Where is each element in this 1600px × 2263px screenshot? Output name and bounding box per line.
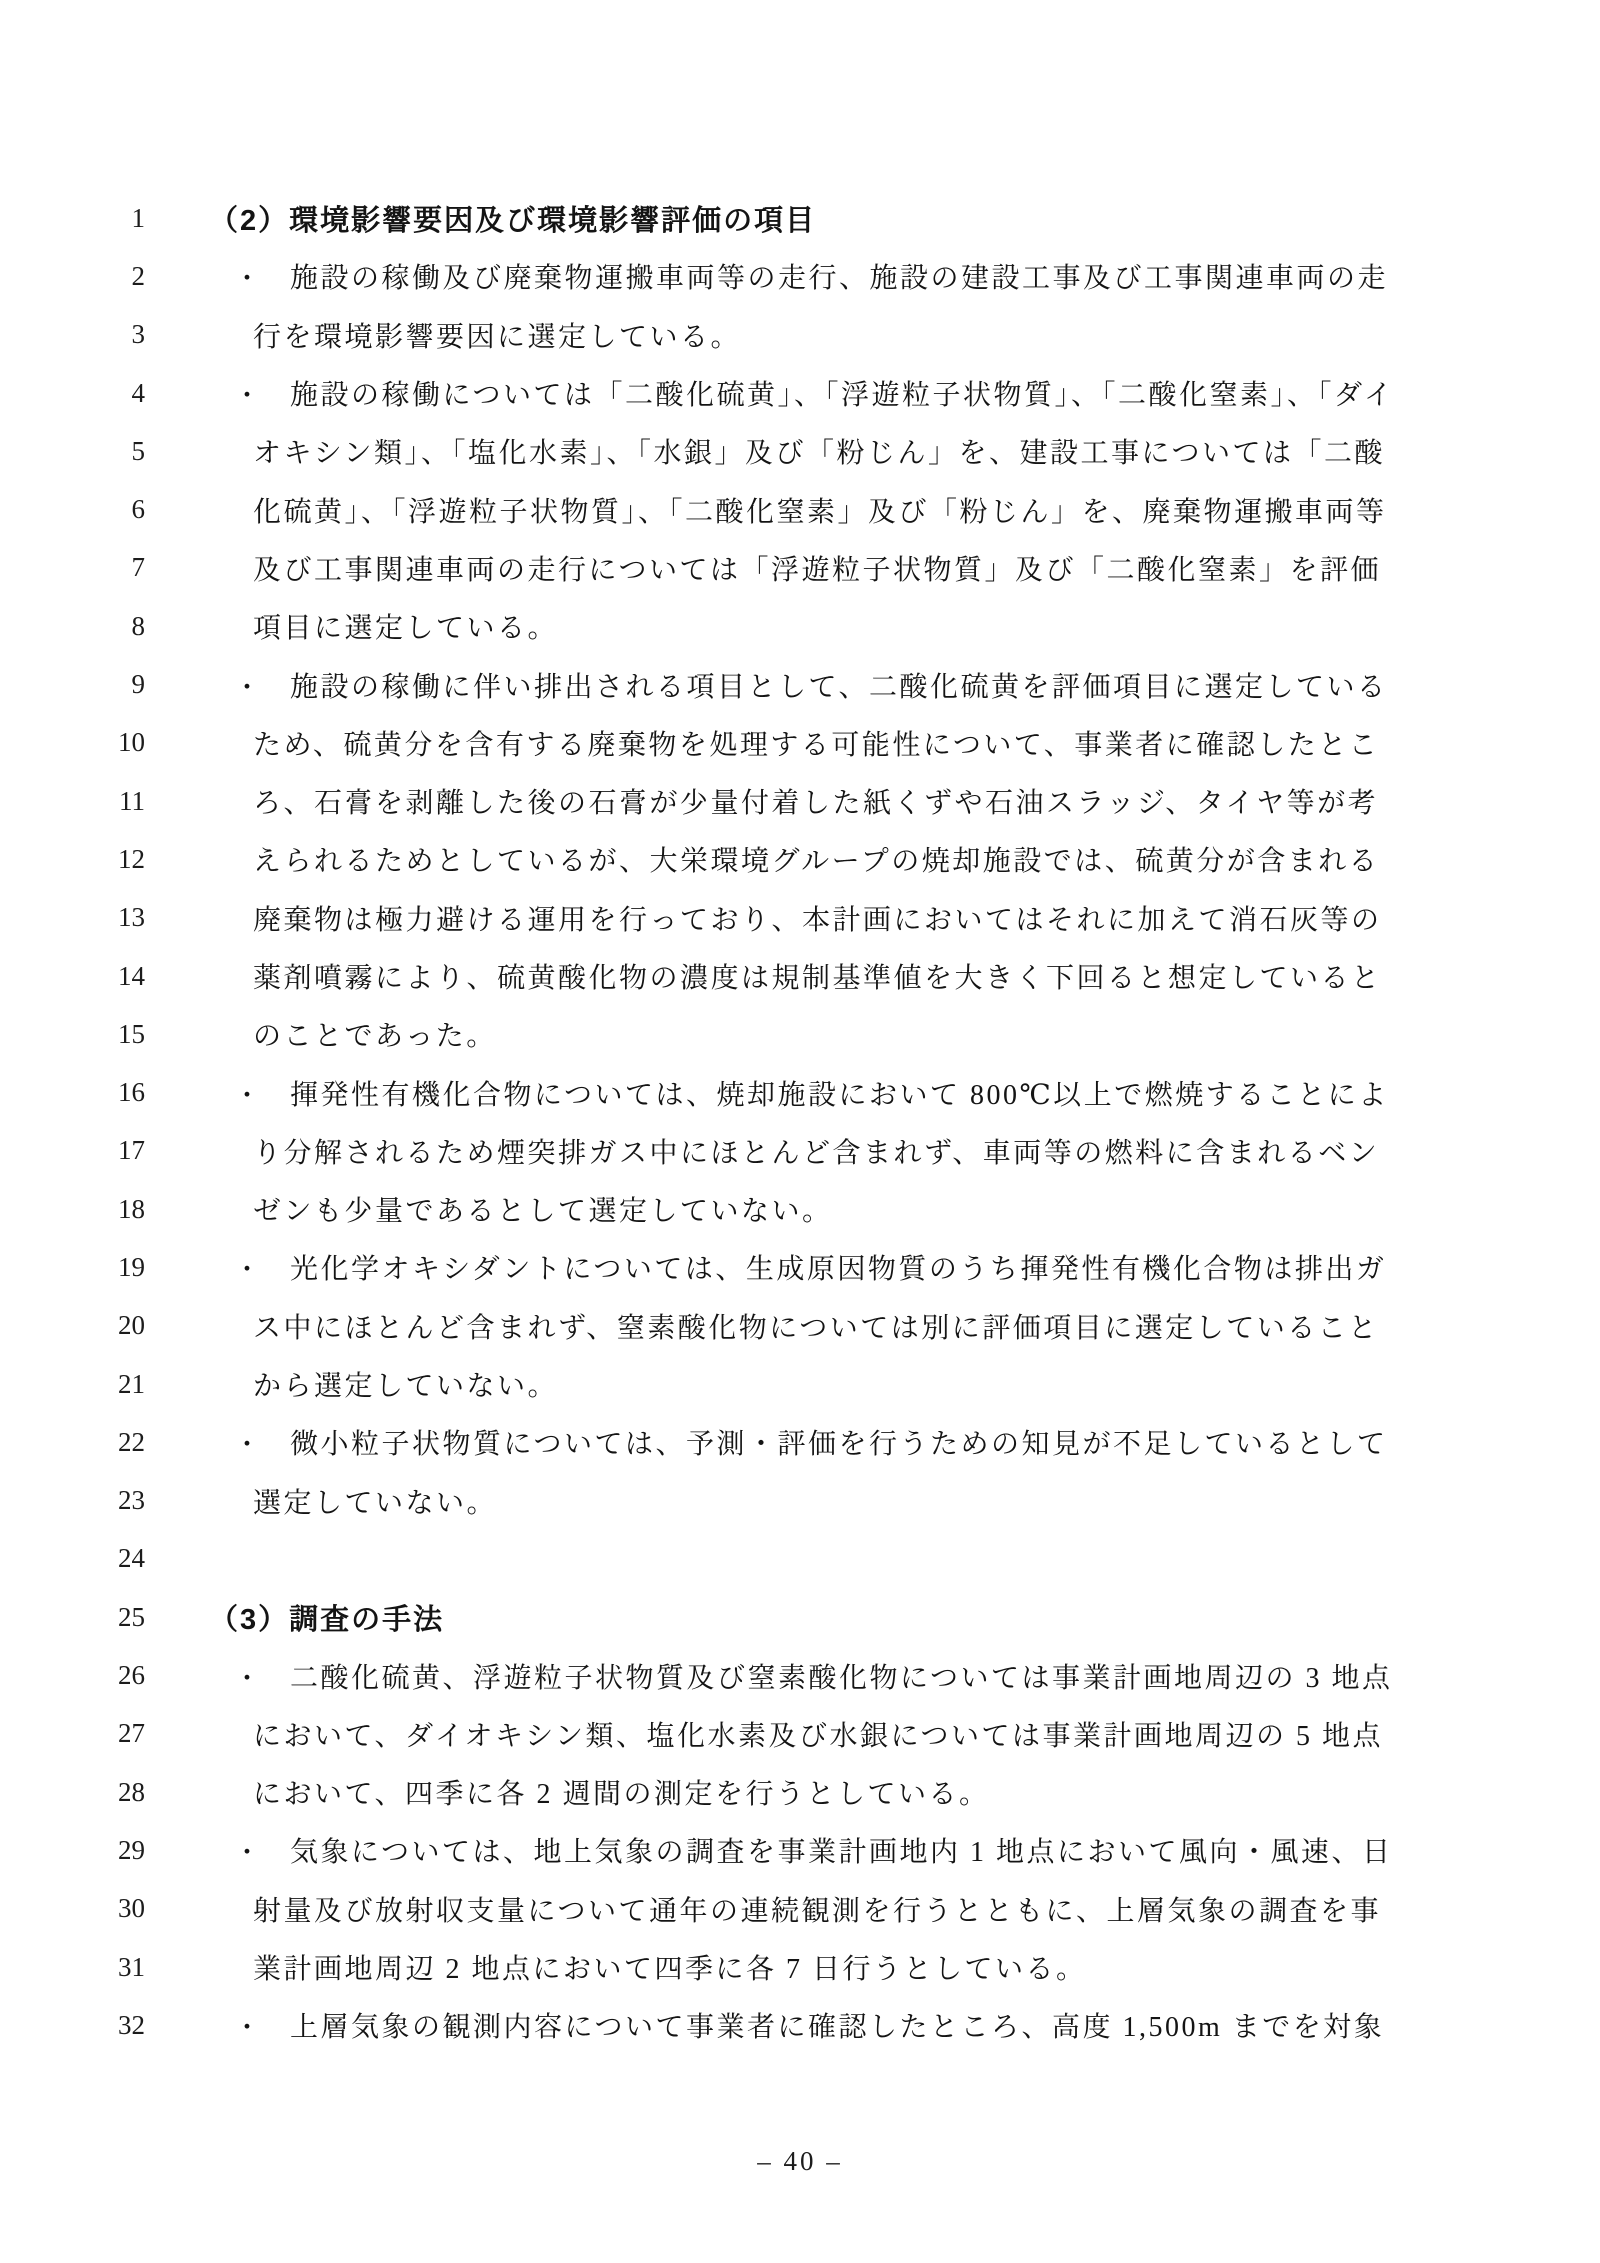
line-number: 29 (0, 1835, 145, 1866)
line-content: 選定していない。 (253, 1488, 497, 1519)
text-line: 16 ・揮発性有機化合物については、焼却施設において 800℃以上で燃焼すること… (0, 1063, 1600, 1121)
line-content: 光化学オキシダントについては、生成原因物質のうち揮発性有機化合物は排出ガ (290, 1254, 1386, 1285)
line-number: 19 (0, 1252, 145, 1283)
line-number: 10 (0, 727, 145, 758)
line-number: 11 (0, 786, 145, 817)
line-content: 薬剤噴霧により、硫黄酸化物の濃度は規制基準値を大きく下回ると想定していると (253, 963, 1382, 994)
line-text: 選定していない。 (253, 1481, 497, 1521)
line-text: （3）調査の手法 (209, 1597, 444, 1638)
text-line: 30 射量及び放射収支量について通年の連続観測を行うとともに、上層気象の調査を事 (0, 1880, 1600, 1938)
line-number: 4 (0, 378, 145, 409)
text-line: 25 （3）調査の手法 (0, 1588, 1600, 1646)
line-text: ・施設の稼働に伴い排出される項目として、二酸化硫黄を評価項目に選定している (234, 665, 1387, 705)
line-content: 気象については、地上気象の調査を事業計画地内 1 地点において風向・風速、日 (290, 1837, 1392, 1868)
line-content: 二酸化硫黄、浮遊粒子状物質及び窒素酸化物については事業計画地周辺の 3 地点 (290, 1663, 1392, 1694)
line-number: 9 (0, 669, 145, 700)
page-number: – 40 – (0, 2146, 1600, 2177)
line-content: ろ、石膏を剥離した後の石膏が少量付着した紙くずや石油スラッジ、タイヤ等が考 (253, 788, 1378, 819)
line-content: 施設の稼働に伴い排出される項目として、二酸化硫黄を評価項目に選定している (290, 672, 1387, 703)
line-text: から選定していない。 (253, 1364, 558, 1404)
line-content: 化硫黄」、「浮遊粒子状物質」、「二酸化窒素」及び「粉じん」を、廃棄物運搬車両等 (253, 497, 1387, 528)
line-number: 23 (0, 1485, 145, 1516)
text-line: 9 ・施設の稼働に伴い排出される項目として、二酸化硫黄を評価項目に選定している (0, 655, 1600, 713)
line-text: ため、硫黄分を含有する廃棄物を処理する可能性について、事業者に確認したとこ (253, 723, 1379, 763)
bullet-icon: ・ (234, 1249, 290, 1286)
line-text: ス中にほとんど含まれず、窒素酸化物については別に評価項目に選定していること (253, 1306, 1379, 1346)
bullet-icon: ・ (234, 1075, 290, 1112)
line-content: 業計画地周辺 2 地点において四季に各 7 日行うとしている。 (253, 1954, 1087, 1985)
bullet-icon: ・ (234, 2007, 290, 2044)
text-line: 28 において、四季に各 2 週間の測定を行うとしている。 (0, 1763, 1600, 1821)
line-content: 微小粒子状物質については、予測・評価を行うための知見が不足しているとして (290, 1429, 1387, 1460)
line-text: ・上層気象の観測内容について事業者に確認したところ、高度 1,500m までを対… (234, 2005, 1384, 2045)
line-text: 薬剤噴霧により、硫黄酸化物の濃度は規制基準値を大きく下回ると想定していると (253, 956, 1382, 996)
line-content: 施設の稼働及び廃棄物運搬車両等の走行、施設の建設工事及び工事関連車両の走 (290, 263, 1388, 294)
line-text: 行を環境影響要因に選定している。 (253, 315, 741, 355)
line-number: 22 (0, 1427, 145, 1458)
line-number: 18 (0, 1194, 145, 1225)
document-page: 1 （2）環境影響要因及び環境影響評価の項目 2 ・施設の稼働及び廃棄物運搬車両… (0, 0, 1600, 2263)
line-text: ゼンも少量であるとして選定していない。 (253, 1189, 833, 1229)
line-number: 31 (0, 1952, 145, 1983)
line-number: 24 (0, 1543, 145, 1574)
line-content: （2）環境影響要因及び環境影響評価の項目 (209, 205, 816, 237)
text-line: 27 において、ダイオキシン類、塩化水素及び水銀については事業計画地周辺の 5 … (0, 1705, 1600, 1763)
line-number: 6 (0, 494, 145, 525)
line-number: 3 (0, 319, 145, 350)
line-text: り分解されるため煙突排ガス中にほとんど含まれず、車両等の燃料に含まれるベン (253, 1131, 1379, 1171)
text-line: 32 ・上層気象の観測内容について事業者に確認したところ、高度 1,500m ま… (0, 1996, 1600, 2054)
line-content: （3）調査の手法 (209, 1604, 444, 1636)
line-text: オキシン類」、「塩化水素」、「水銀」及び「粉じん」を、建設工事については「二酸 (253, 431, 1385, 471)
bullet-icon: ・ (234, 1658, 290, 1695)
line-content: 及び工事関連車両の走行については「浮遊粒子状物質」及び「二酸化窒素」を評価 (253, 555, 1381, 586)
line-content: オキシン類」、「塩化水素」、「水銀」及び「粉じん」を、建設工事については「二酸 (253, 438, 1385, 469)
line-content: 施設の稼働については「二酸化硫黄」、「浮遊粒子状物質」、「二酸化窒素」、「ダイ (290, 380, 1394, 411)
bullet-icon: ・ (234, 258, 290, 295)
text-line: 15 のことであった。 (0, 1005, 1600, 1063)
line-number: 13 (0, 902, 145, 933)
line-number: 21 (0, 1369, 145, 1400)
text-line: 5 オキシン類」、「塩化水素」、「水銀」及び「粉じん」を、建設工事については「二… (0, 422, 1600, 480)
text-line: 12 えられるためとしているが、大栄環境グループの焼却施設では、硫黄分が含まれる (0, 830, 1600, 888)
line-content: 揮発性有機化合物については、焼却施設において 800℃以上で燃焼することによ (290, 1080, 1389, 1111)
line-number: 8 (0, 611, 145, 642)
line-text: ・施設の稼働及び廃棄物運搬車両等の走行、施設の建設工事及び工事関連車両の走 (234, 256, 1388, 296)
line-text: において、四季に各 2 週間の測定を行うとしている。 (253, 1772, 989, 1812)
line-number: 26 (0, 1660, 145, 1691)
line-number: 32 (0, 2010, 145, 2041)
text-line: 14 薬剤噴霧により、硫黄酸化物の濃度は規制基準値を大きく下回ると想定していると (0, 947, 1600, 1005)
line-text: ・気象については、地上気象の調査を事業計画地内 1 地点において風向・風速、日 (234, 1830, 1392, 1870)
line-number: 27 (0, 1718, 145, 1749)
line-number: 1 (0, 203, 145, 234)
line-text: ろ、石膏を剥離した後の石膏が少量付着した紙くずや石油スラッジ、タイヤ等が考 (253, 781, 1378, 821)
text-line: 21 から選定していない。 (0, 1355, 1600, 1413)
text-line: 11 ろ、石膏を剥離した後の石膏が少量付着した紙くずや石油スラッジ、タイヤ等が考 (0, 772, 1600, 830)
line-text: 及び工事関連車両の走行については「浮遊粒子状物質」及び「二酸化窒素」を評価 (253, 548, 1381, 588)
line-content: ス中にほとんど含まれず、窒素酸化物については別に評価項目に選定していること (253, 1313, 1379, 1344)
text-line: 22 ・微小粒子状物質については、予測・評価を行うための知見が不足しているとして (0, 1413, 1600, 1471)
text-line: 31 業計画地周辺 2 地点において四季に各 7 日行うとしている。 (0, 1938, 1600, 1996)
text-line: 17 り分解されるため煙突排ガス中にほとんど含まれず、車両等の燃料に含まれるベン (0, 1122, 1600, 1180)
line-number: 7 (0, 552, 145, 583)
line-number: 2 (0, 261, 145, 292)
line-number: 25 (0, 1602, 145, 1633)
line-text: 項目に選定している。 (253, 606, 558, 646)
text-line: 1 （2）環境影響要因及び環境影響評価の項目 (0, 189, 1600, 247)
line-number: 12 (0, 844, 145, 875)
text-line: 4 ・施設の稼働については「二酸化硫黄」、「浮遊粒子状物質」、「二酸化窒素」、「… (0, 364, 1600, 422)
line-content: ゼンも少量であるとして選定していない。 (253, 1196, 833, 1227)
line-text: 業計画地周辺 2 地点において四季に各 7 日行うとしている。 (253, 1947, 1087, 1987)
line-text: えられるためとしているが、大栄環境グループの焼却施設では、硫黄分が含まれる (253, 839, 1379, 879)
line-text: ・光化学オキシダントについては、生成原因物質のうち揮発性有機化合物は排出ガ (234, 1247, 1386, 1287)
text-line: 24 (0, 1530, 1600, 1588)
bullet-icon: ・ (234, 375, 290, 412)
line-number: 20 (0, 1310, 145, 1341)
bullet-icon: ・ (234, 1832, 290, 1869)
line-content: のことであった。 (253, 1021, 497, 1052)
bullet-icon: ・ (234, 1424, 290, 1461)
line-content: において、ダイオキシン類、塩化水素及び水銀については事業計画地周辺の 5 地点 (253, 1721, 1383, 1752)
line-number: 28 (0, 1777, 145, 1808)
text-line: 13 廃棄物は極力避ける運用を行っており、本計画においてはそれに加えて消石灰等の (0, 889, 1600, 947)
line-text: ・揮発性有機化合物については、焼却施設において 800℃以上で燃焼することによ (234, 1073, 1389, 1113)
text-line: 3 行を環境影響要因に選定している。 (0, 306, 1600, 364)
text-line: 20 ス中にほとんど含まれず、窒素酸化物については別に評価項目に選定していること (0, 1297, 1600, 1355)
line-text: ・微小粒子状物質については、予測・評価を行うための知見が不足しているとして (234, 1422, 1387, 1462)
line-number: 5 (0, 436, 145, 467)
line-content: 射量及び放射収支量について通年の連続観測を行うとともに、上層気象の調査を事 (253, 1896, 1381, 1927)
text-line: 10 ため、硫黄分を含有する廃棄物を処理する可能性について、事業者に確認したとこ (0, 714, 1600, 772)
text-line: 6 化硫黄」、「浮遊粒子状物質」、「二酸化窒素」及び「粉じん」を、廃棄物運搬車両… (0, 480, 1600, 538)
line-content: り分解されるため煙突排ガス中にほとんど含まれず、車両等の燃料に含まれるベン (253, 1138, 1379, 1169)
text-line: 19 ・光化学オキシダントについては、生成原因物質のうち揮発性有機化合物は排出ガ (0, 1238, 1600, 1296)
line-text: ・二酸化硫黄、浮遊粒子状物質及び窒素酸化物については事業計画地周辺の 3 地点 (234, 1656, 1392, 1696)
line-text: のことであった。 (253, 1014, 497, 1054)
line-text: 射量及び放射収支量について通年の連続観測を行うとともに、上層気象の調査を事 (253, 1889, 1381, 1929)
line-text: （2）環境影響要因及び環境影響評価の項目 (209, 198, 816, 239)
bullet-icon: ・ (234, 667, 290, 704)
line-content: において、四季に各 2 週間の測定を行うとしている。 (253, 1779, 989, 1810)
text-line: 2 ・施設の稼働及び廃棄物運搬車両等の走行、施設の建設工事及び工事関連車両の走 (0, 247, 1600, 305)
text-line: 26 ・二酸化硫黄、浮遊粒子状物質及び窒素酸化物については事業計画地周辺の 3 … (0, 1646, 1600, 1704)
text-line: 23 選定していない。 (0, 1472, 1600, 1530)
line-content: 上層気象の観測内容について事業者に確認したところ、高度 1,500m までを対象 (290, 2012, 1384, 2043)
line-number: 30 (0, 1893, 145, 1924)
line-number: 17 (0, 1135, 145, 1166)
line-number: 14 (0, 961, 145, 992)
line-text: ・施設の稼働については「二酸化硫黄」、「浮遊粒子状物質」、「二酸化窒素」、「ダイ (234, 373, 1394, 413)
line-text: 廃棄物は極力避ける運用を行っており、本計画においてはそれに加えて消石灰等の (253, 898, 1382, 938)
line-content: 行を環境影響要因に選定している。 (253, 322, 741, 353)
line-number: 16 (0, 1077, 145, 1108)
line-content: から選定していない。 (253, 1371, 558, 1402)
line-number: 15 (0, 1019, 145, 1050)
document-body: 1 （2）環境影響要因及び環境影響評価の項目 2 ・施設の稼働及び廃棄物運搬車両… (0, 189, 1600, 2055)
text-line: 8 項目に選定している。 (0, 597, 1600, 655)
line-content: ため、硫黄分を含有する廃棄物を処理する可能性について、事業者に確認したとこ (253, 730, 1379, 761)
line-content: えられるためとしているが、大栄環境グループの焼却施設では、硫黄分が含まれる (253, 846, 1379, 877)
text-line: 7 及び工事関連車両の走行については「浮遊粒子状物質」及び「二酸化窒素」を評価 (0, 539, 1600, 597)
line-text: において、ダイオキシン類、塩化水素及び水銀については事業計画地周辺の 5 地点 (253, 1714, 1383, 1754)
text-line: 18 ゼンも少量であるとして選定していない。 (0, 1180, 1600, 1238)
line-text: 化硫黄」、「浮遊粒子状物質」、「二酸化窒素」及び「粉じん」を、廃棄物運搬車両等 (253, 490, 1387, 530)
line-content: 項目に選定している。 (253, 613, 558, 644)
line-content: 廃棄物は極力避ける運用を行っており、本計画においてはそれに加えて消石灰等の (253, 905, 1382, 936)
text-line: 29 ・気象については、地上気象の調査を事業計画地内 1 地点において風向・風速… (0, 1821, 1600, 1879)
